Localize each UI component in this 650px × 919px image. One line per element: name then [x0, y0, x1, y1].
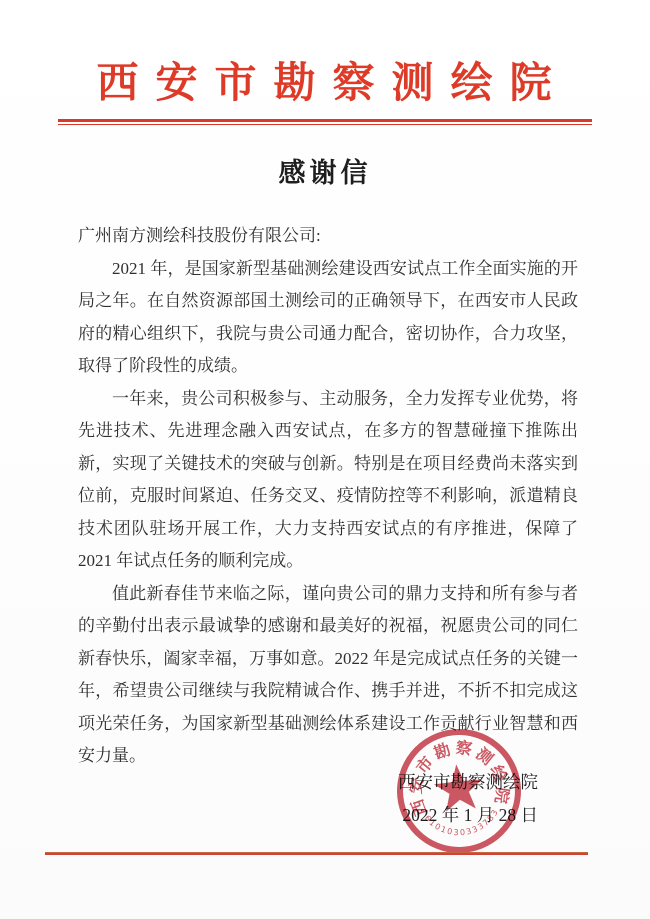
seal-serial-number: 6101030333783 — [422, 806, 503, 841]
letterhead-title: 西安市勘察测绘院 — [0, 60, 650, 108]
letterhead-rule-thin — [58, 124, 592, 125]
footer-rule — [45, 852, 588, 855]
letterhead-rule — [58, 119, 592, 125]
salutation: 广州南方测绘科技股份有限公司: — [78, 220, 578, 253]
letter-body: 广州南方测绘科技股份有限公司: 2021 年，是国家新型基础测绘建设西安试点工作… — [78, 220, 578, 740]
signature-block: 西安市勘察测绘院 2022 年 1 月 28 日 — [0, 766, 650, 832]
svg-text:6101030333783: 6101030333783 — [422, 806, 503, 841]
paragraph-2: 一年来，贵公司积极参与、主动服务，全力发挥专业优势，将先进技术、先进理念融入西安… — [78, 383, 578, 578]
seal-star-icon — [432, 762, 485, 813]
letterhead-rule-thick — [58, 119, 592, 122]
letter-title: 感谢信 — [0, 151, 650, 190]
paragraph-1: 2021 年，是国家新型基础测绘建设西安试点工作全面实施的开局之年。在自然资源部… — [78, 253, 578, 383]
official-seal-stamp: 西安市勘察测绘院 6101030333783 — [385, 717, 532, 864]
letter-page: 西安市勘察测绘院 感谢信 广州南方测绘科技股份有限公司: 2021 年，是国家新… — [0, 0, 650, 919]
